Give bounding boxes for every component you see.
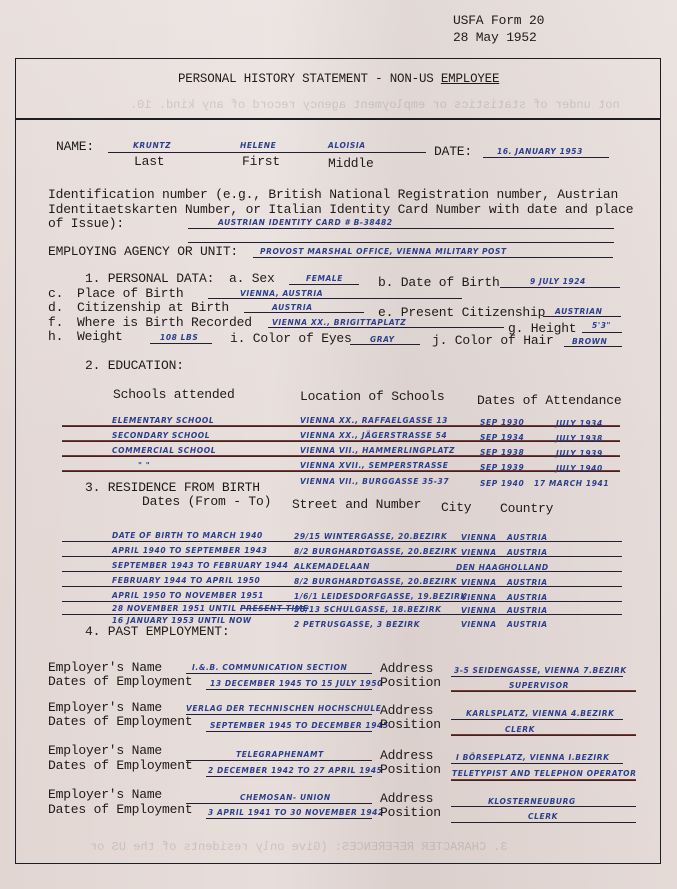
position-value[interactable]: CLERK [505,725,535,734]
school-date-to[interactable]: JULY 1934 [556,419,603,428]
employer-name-label: Employer's Name [48,660,162,675]
residence-city[interactable]: VIENNA [461,578,497,587]
position-line [451,734,636,736]
sex-line [289,284,359,285]
cit-birth-line [244,312,364,313]
residence-dates[interactable]: FEBRUARY 1944 TO APRIL 1950 [112,576,260,585]
address-label: Address [380,703,433,718]
residence-country[interactable]: AUSTRIA [507,578,548,587]
col-location-of-schools: Location of Schools [300,389,444,404]
employer-name-line [186,673,372,674]
school-location[interactable]: VIENNA XX., RAFFAELGASSE 13 [300,416,448,425]
identification-line [188,228,614,229]
date-value[interactable]: 16. JANUARY 1953 [497,147,583,156]
col-residence-dates: Dates (From - To) [142,494,271,509]
residence-country[interactable]: AUSTRIA [507,606,548,615]
school-date-to[interactable]: JULY 1938 [556,434,603,443]
height-line [582,332,622,333]
education-row-line [62,455,620,457]
residence-dates[interactable]: 28 NOVEMBER 1951 UNTIL PRESENT TIME [112,604,309,613]
form-number-block: USFA Form 20 28 May 1952 [453,12,544,46]
employment-dates-value[interactable]: 3 APRIL 1941 TO 30 NOVEMBER 1942 [208,808,384,817]
form-date: 28 May 1952 [453,29,544,46]
pob-value[interactable]: VIENNA, AUSTRIA [240,289,323,298]
hair-value[interactable]: BROWN [572,337,607,346]
last-name-value[interactable]: KRUNTZ [133,141,171,150]
school-name[interactable]: COMMERCIAL SCHOOL [112,446,216,455]
education-row-line [62,425,620,427]
col-schools-attended: Schools attended [113,387,235,402]
dob-label: b. Date of Birth [378,275,500,290]
address-line [451,806,636,807]
form-number: USFA Form 20 [453,12,544,29]
residence-country[interactable]: AUSTRIA [507,593,548,602]
col-dates-of-attendance: Dates of Attendance [477,393,621,408]
residence-street[interactable]: 29/15 WINTERGASSE, 20.BEZIRK [294,532,447,541]
middle-name-value[interactable]: ALOISIA [328,141,366,150]
school-date-to[interactable]: JULY 1939 [556,449,603,458]
employment-dates-value[interactable]: 2 DECEMBER 1942 TO 27 APRIL 1945 [208,766,382,775]
col-city: City [441,500,471,515]
identification-label-line3: of Issue): [48,216,124,231]
employment-dates-label: Dates of Employment [48,674,192,689]
residence-street[interactable]: 8/2 BURGHARDTGASSE, 20.BEZIRK [294,547,457,556]
eyes-value[interactable]: GRAY [370,335,395,344]
present-cit-line [543,316,621,317]
employing-agency-line [253,257,613,258]
school-location[interactable]: VIENNA VII., BURGGASSE 35-37 [300,477,449,486]
position-value[interactable]: TELETYPIST AND TELEPHON OPERATOR [452,769,637,778]
address-value[interactable]: 3-5 SEIDENGASSE, VIENNA 7.BEZIRK [454,666,627,675]
title-divider [15,118,661,120]
first-name-value[interactable]: HELENE [240,141,276,150]
col-country: Country [500,501,553,516]
education-row-line [62,440,620,442]
residence-dates[interactable]: APRIL 1940 TO SEPTEMBER 1943 [112,546,267,555]
residence-country[interactable]: AUSTRIA [507,548,548,557]
sex-label: a. Sex [229,271,275,286]
residence-street[interactable]: 50/13 SCHULGASSE, 18.BEZIRK [294,605,442,614]
residence-street[interactable]: 8/2 BURGHARDTGASSE, 20.BEZIRK [294,577,457,586]
employment-dates-line [206,689,372,690]
residence-city[interactable]: VIENNA [461,533,497,542]
residence-street[interactable]: ALKEMADELAAN [294,562,370,571]
cit-birth-label: Citizenship at Birth [77,300,229,315]
employment-dates-label: Dates of Employment [48,802,192,817]
school-location[interactable]: VIENNA XX., JÄGERSTRASSE 54 [300,431,447,440]
address-label: Address [380,661,433,676]
address-value[interactable]: KLOSTERNEUBURG [488,797,576,806]
residence-city[interactable]: VIENNA [461,593,497,602]
residence-dates[interactable]: APRIL 1950 TO NOVEMBER 1951 [112,591,264,600]
school-date-to[interactable]: JULY 1940 [556,464,603,473]
address-value[interactable]: I BÖRSEPLATZ, VIENNA I.BEZIRK [456,753,610,762]
school-location[interactable]: VIENNA VII., HAMMERLINGPLATZ [300,446,455,455]
education-row-line [62,470,620,472]
residence-heading: 3. RESIDENCE FROM BIRTH [85,480,260,495]
dob-value[interactable]: 9 JULY 1924 [530,277,586,286]
address-line [451,719,623,720]
school-date-from[interactable]: SEP 1934 [480,433,524,442]
last-label: Last [134,154,164,169]
personal-data-heading: 1. PERSONAL DATA: [85,271,214,286]
residence-country[interactable]: AUSTRIA [507,620,548,629]
address-label: Address [380,748,433,763]
pob-line [208,298,462,299]
pob-label: Place of Birth [77,286,183,301]
address-line [451,676,623,677]
birth-record-label: Where is Birth Recorded [77,315,252,330]
birth-record-value[interactable]: VIENNA XX., BRIGITTAPLATZ [272,318,406,327]
education-heading: 2. EDUCATION: [85,358,184,373]
address-label: Address [380,791,433,806]
identification-label-line1: Identification number (e.g., British Nat… [48,187,618,202]
employer-name-value[interactable]: TELEGRAPHENAMT [236,750,324,759]
residence-country[interactable]: HOLLAND [504,563,549,572]
employer-name-line [186,803,372,804]
eyes-label: i. Color of Eyes [230,331,352,346]
residence-city[interactable]: VIENNA [461,620,497,629]
residence-street[interactable]: 1/6/1 LEIDESDORFGASSE, 19.BEZIRK [294,592,467,601]
employment-dates-line [206,818,372,819]
employing-agency-label: EMPLOYING AGENCY OR UNIT: [48,244,238,259]
position-label: Position [380,717,441,732]
position-label: Position [380,805,441,820]
position-label: Position [380,762,441,777]
name-label: NAME: [56,139,94,154]
first-label: First [242,154,280,169]
middle-label: Middle [328,156,374,171]
employment-dates-label: Dates of Employment [48,758,192,773]
residence-dates[interactable]: DATE OF BIRTH TO MARCH 1940 [112,531,263,540]
weight-line [150,343,212,344]
address-value[interactable]: KARLSPLATZ, VIENNA 4.BEZIRK [466,709,615,718]
employer-name-label: Employer's Name [48,743,162,758]
pob-prefix: c. [48,286,63,301]
school-date-from[interactable]: SEP 1938 [480,448,524,457]
employment-heading: 4. PAST EMPLOYMENT: [85,624,229,639]
dob-line [500,287,620,288]
residence-street[interactable]: 2 PETRUSGASSE, 3 BEZIRK [294,620,420,629]
position-value[interactable]: CLERK [528,812,558,821]
identification-label-line2: Identitaetskarten Number, or Italian Ide… [48,202,633,217]
cit-birth-value[interactable]: AUSTRIA [272,303,313,312]
school-location[interactable]: VIENNA XVII., SEMPERSTRASSE [300,461,449,470]
employer-name-value[interactable]: CHEMOSAN- UNION [240,793,331,802]
position-label: Position [380,675,441,690]
employment-dates-value[interactable]: 13 DECEMBER 1945 TO 15 JULY 1950 [210,679,383,688]
present-cit-value[interactable]: AUSTRIAN [555,307,603,316]
name-line [108,152,426,153]
position-line [451,822,636,823]
residence-country[interactable]: AUSTRIA [507,533,548,542]
employer-name-line [186,714,372,715]
employer-name-value[interactable]: VERLAG DER TECHNISCHEN HOCHSCHULE [186,704,381,713]
employment-dates-label: Dates of Employment [48,714,192,729]
school-date-from[interactable]: SEP 1940 [480,479,524,488]
employer-name-line [186,760,372,761]
weight-prefix: h. [48,329,63,344]
school-date-from[interactable]: SEP 1930 [480,418,524,427]
school-name[interactable]: SECONDARY SCHOOL [112,431,210,440]
employment-dates-line [206,776,372,777]
employment-dates-value[interactable]: SEPTEMBER 1945 TO DECEMBER 1945 [210,721,389,730]
height-value[interactable]: 5'3" [592,321,611,330]
school-name[interactable]: ELEMENTARY SCHOOL [112,416,214,425]
identification-line-2 [188,242,614,243]
residence-city[interactable]: VIENNA [461,548,497,557]
hair-label: j. Color of Hair [432,333,554,348]
weight-label: Weight [77,329,123,344]
residence-dates[interactable]: SEPTEMBER 1943 TO FEBRUARY 1944 [112,561,288,570]
address-line [451,763,623,764]
date-line [483,157,609,158]
birth-record-prefix: f. [48,315,63,330]
birth-record-line [268,327,504,328]
residence-city[interactable]: VIENNA [461,606,497,615]
sex-value[interactable]: FEMALE [306,274,343,283]
residence-city[interactable]: DEN HAAG [456,563,505,572]
school-date-from[interactable]: SEP 1939 [480,463,524,472]
employing-agency-value[interactable]: PROVOST MARSHAL OFFICE, VIENNA MILITARY … [260,247,507,256]
employer-name-value[interactable]: I.&.B. COMMUNICATION SECTION [192,663,347,672]
employer-name-label: Employer's Name [48,700,162,715]
position-line [451,690,636,692]
col-street-number: Street and Number [292,497,421,512]
employer-name-label: Employer's Name [48,787,162,802]
school-date-to[interactable]: 17 MARCH 1941 [534,479,609,488]
hair-line [564,346,622,347]
identification-value[interactable]: AUSTRIAN IDENTITY CARD # B-38482 [218,218,393,227]
school-name[interactable]: " " [138,461,150,470]
date-label: DATE: [434,144,472,159]
position-line [451,779,636,781]
position-value[interactable]: SUPERVISOR [509,681,569,690]
weight-value[interactable]: 108 lbs [160,333,198,342]
eyes-line [350,344,420,345]
cit-birth-prefix: d. [48,300,63,315]
employment-dates-line [206,731,372,732]
form-title: PERSONAL HISTORY STATEMENT - NON-US EMPL… [178,72,499,86]
